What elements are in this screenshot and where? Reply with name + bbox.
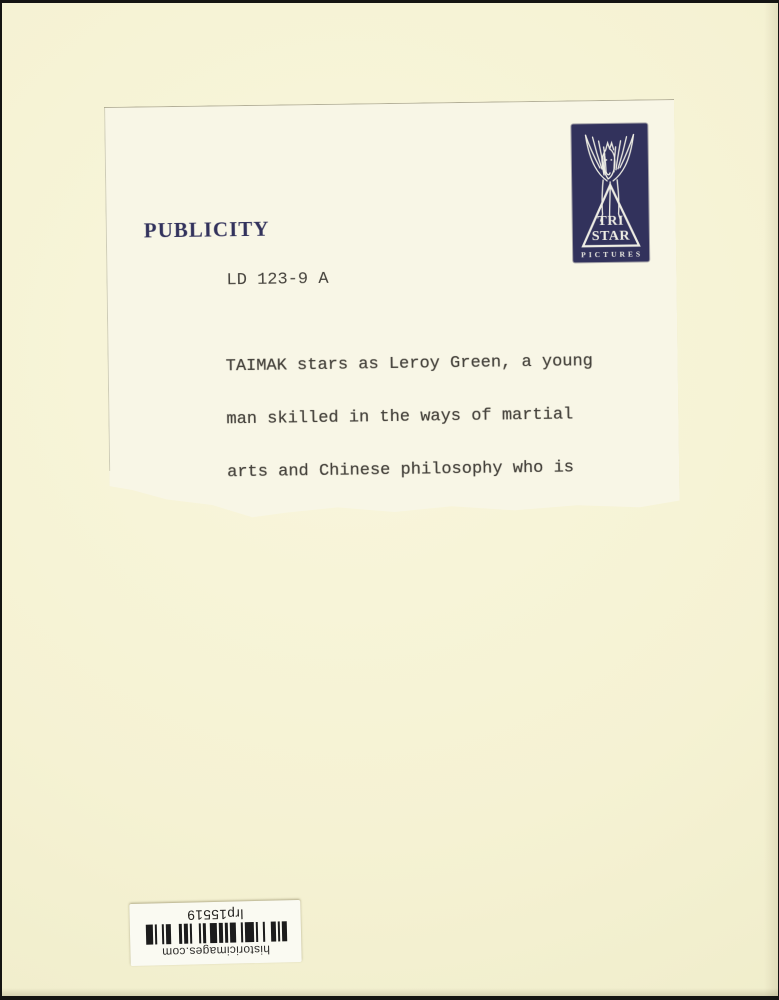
caption-line: in search of "the glow," the highest — [228, 511, 616, 534]
slip-left-edge — [104, 107, 110, 471]
sticker-site-text: historicimages.com — [162, 943, 270, 960]
logo-text-star: STAR — [592, 229, 631, 245]
caption-line: written by Louis Venosta and directed — [231, 722, 619, 745]
caption-text: TAIMAK stars as Leroy Green, a young man… — [225, 318, 620, 834]
photo-code: LD 123-9 A — [226, 270, 328, 290]
publicity-slip: PUBLICITY LD 123-9 A TAIMAK stars as Ler… — [104, 99, 680, 521]
caption-line: man skilled in the ways of martial — [226, 406, 614, 429]
slip-top-edge — [104, 99, 674, 108]
publicity-heading: PUBLICITY — [144, 217, 270, 244]
caption-line: level of attainment in "Berry Gordy's — [229, 564, 617, 587]
caption-line: Picture released by Tri-Star Pictures, — [230, 670, 618, 693]
photo-paper: PUBLICITY LD 123-9 A TAIMAK stars as Ler… — [2, 3, 778, 996]
pegasus-icon: TRI STAR PICTURES — [571, 123, 649, 262]
barcode — [140, 922, 290, 946]
caption-line: by Michael Schultz. — [231, 775, 619, 798]
caption-line: TAIMAK stars as Leroy Green, a young — [226, 353, 614, 376]
photo-back-scan: PUBLICITY LD 123-9 A TAIMAK stars as Ler… — [0, 0, 779, 1000]
paper-edge-shading — [764, 3, 778, 996]
logo-text-pictures: PICTURES — [581, 249, 643, 259]
caption-line: THE LAST DRAGON," a Motown Productions — [229, 617, 617, 640]
paper-edge-shading-bottom — [2, 988, 778, 996]
tristar-logo: TRI STAR PICTURES — [571, 123, 649, 262]
logo-text-tri: TRI — [597, 214, 624, 229]
sticker-code-text: lrp15519 — [187, 907, 244, 923]
caption-line: arts and Chinese philosophy who is — [227, 459, 615, 482]
inventory-sticker: historicimages.com lrp15519 — [129, 900, 301, 966]
